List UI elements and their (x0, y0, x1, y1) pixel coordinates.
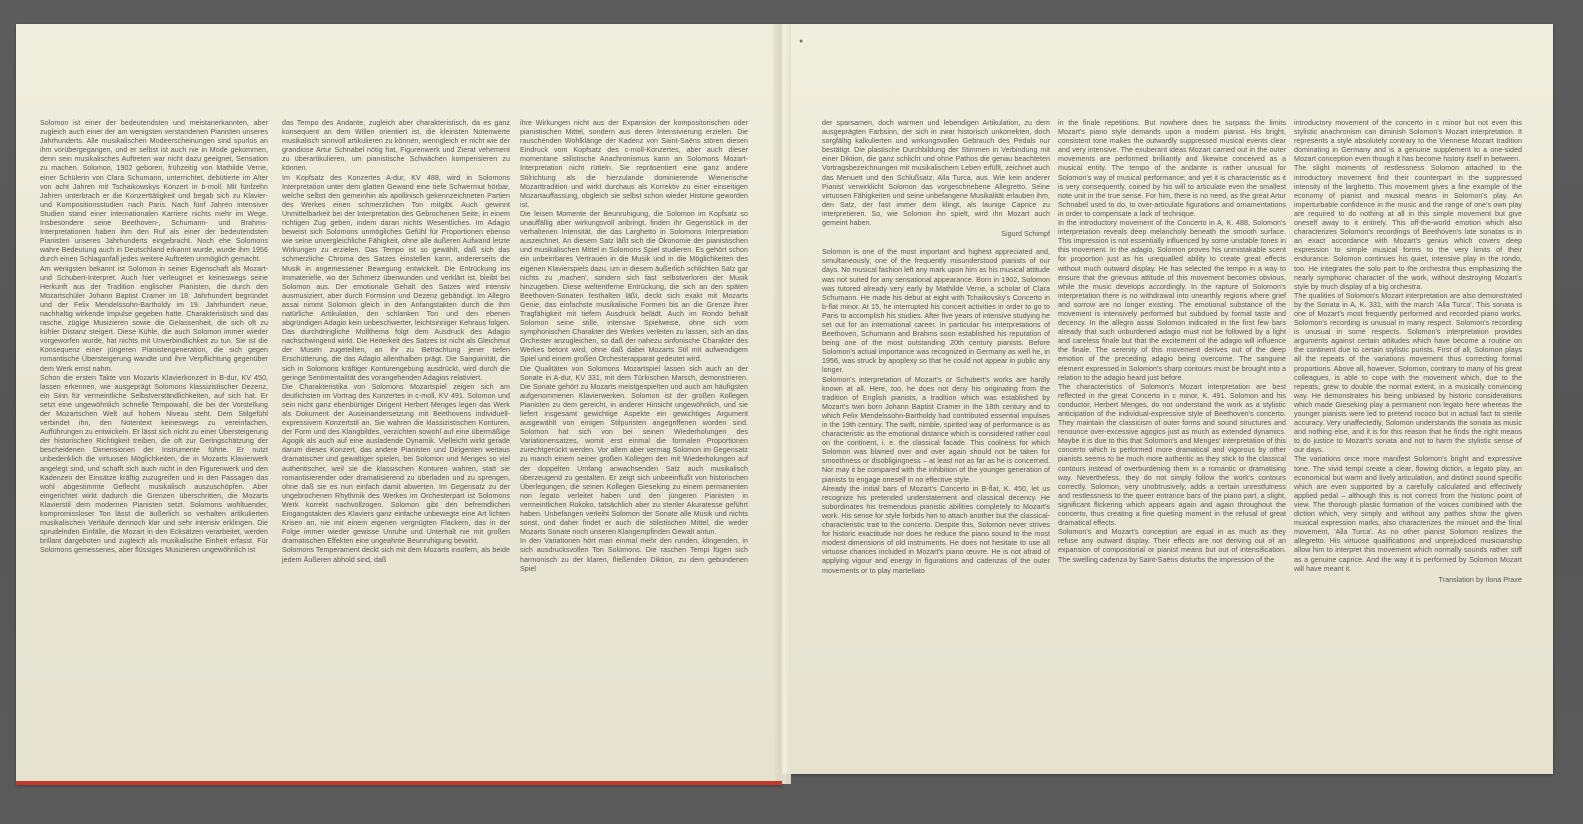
paragraph: Die leisen Momente der Beunruhigung, die… (520, 210, 748, 365)
translation-credit: Translation by Ilona Praxe (1294, 576, 1522, 585)
paragraph: introductory movement of the concerto in… (1294, 119, 1522, 164)
right-panel: der sparsamen, doch warmen und lebendige… (782, 24, 1553, 774)
paragraph: das Tempo des Andante, zugleich aber cha… (282, 119, 510, 174)
paragraph: Already the initial bars of Mozart's Con… (822, 485, 1050, 576)
paragraph: Solomon's interpretation of Mozart's or … (822, 376, 1050, 485)
paragraph: The slight moments of restlessness Solom… (1294, 164, 1522, 291)
paragraph: Die Charakteristika von Solomons Mozarts… (282, 383, 510, 547)
paragraph: The characteristics of Solomon's Mozart … (1058, 383, 1286, 529)
paragraph: Solomon's and Mozart's conception are eq… (1058, 528, 1286, 564)
red-record-edge (16, 781, 782, 785)
lp-gatefold-sleeve: Solomon ist einer der bedeutendsten und … (16, 24, 1556, 808)
paragraph: der sparsamen, doch warmen und lebendige… (822, 119, 1050, 228)
right-column-3: introductory movement of the concerto in… (1294, 119, 1522, 585)
paragraph: ihre Wirkungen nicht aus der Expansion d… (520, 119, 748, 210)
paragraph: Solomons Temperament deckt sich mit dem … (282, 546, 510, 564)
paragraph: Am wenigsten bekannt ist Solomon in sein… (40, 265, 268, 374)
paragraph: Im Kopfsatz des Konzertes A-dur, KV 488,… (282, 174, 510, 383)
paragraph: in the finale repetitions. But nowhere d… (1058, 119, 1286, 219)
spine-dot-mark: ● (799, 38, 803, 45)
right-column-2: in the finale repetitions. But nowhere d… (1058, 119, 1286, 565)
gatefold-spine-fold (773, 24, 791, 784)
paragraph: The variations once more manifest Solomo… (1294, 455, 1522, 573)
left-column-1: Solomon ist einer der bedeutendsten und … (40, 119, 268, 556)
right-column-1: der sparsamen, doch warmen und lebendige… (822, 119, 1050, 576)
paragraph: The qualities of Solomon's Mozart interp… (1294, 292, 1522, 456)
author-signature: Sigurd Schimpf (822, 230, 1050, 239)
left-column-3: ihre Wirkungen nicht aus der Expansion d… (520, 119, 748, 574)
paragraph: Schon die ersten Takte von Mozarts Klavi… (40, 374, 268, 556)
left-panel: Solomon ist einer der bedeutendsten und … (16, 24, 782, 785)
paragraph: Solomon is one of the most important and… (822, 248, 1050, 375)
left-column-2: das Tempo des Andante, zugleich aber cha… (282, 119, 510, 565)
paragraph: Die Qualitäten von Solomons Mozartspiel … (520, 365, 748, 538)
paragraph: In den Variationen hört man einmal mehr … (520, 537, 748, 573)
paragraph: Solomon ist einer der bedeutendsten und … (40, 119, 268, 265)
paragraph: In the introductory movement of the Conc… (1058, 219, 1286, 383)
